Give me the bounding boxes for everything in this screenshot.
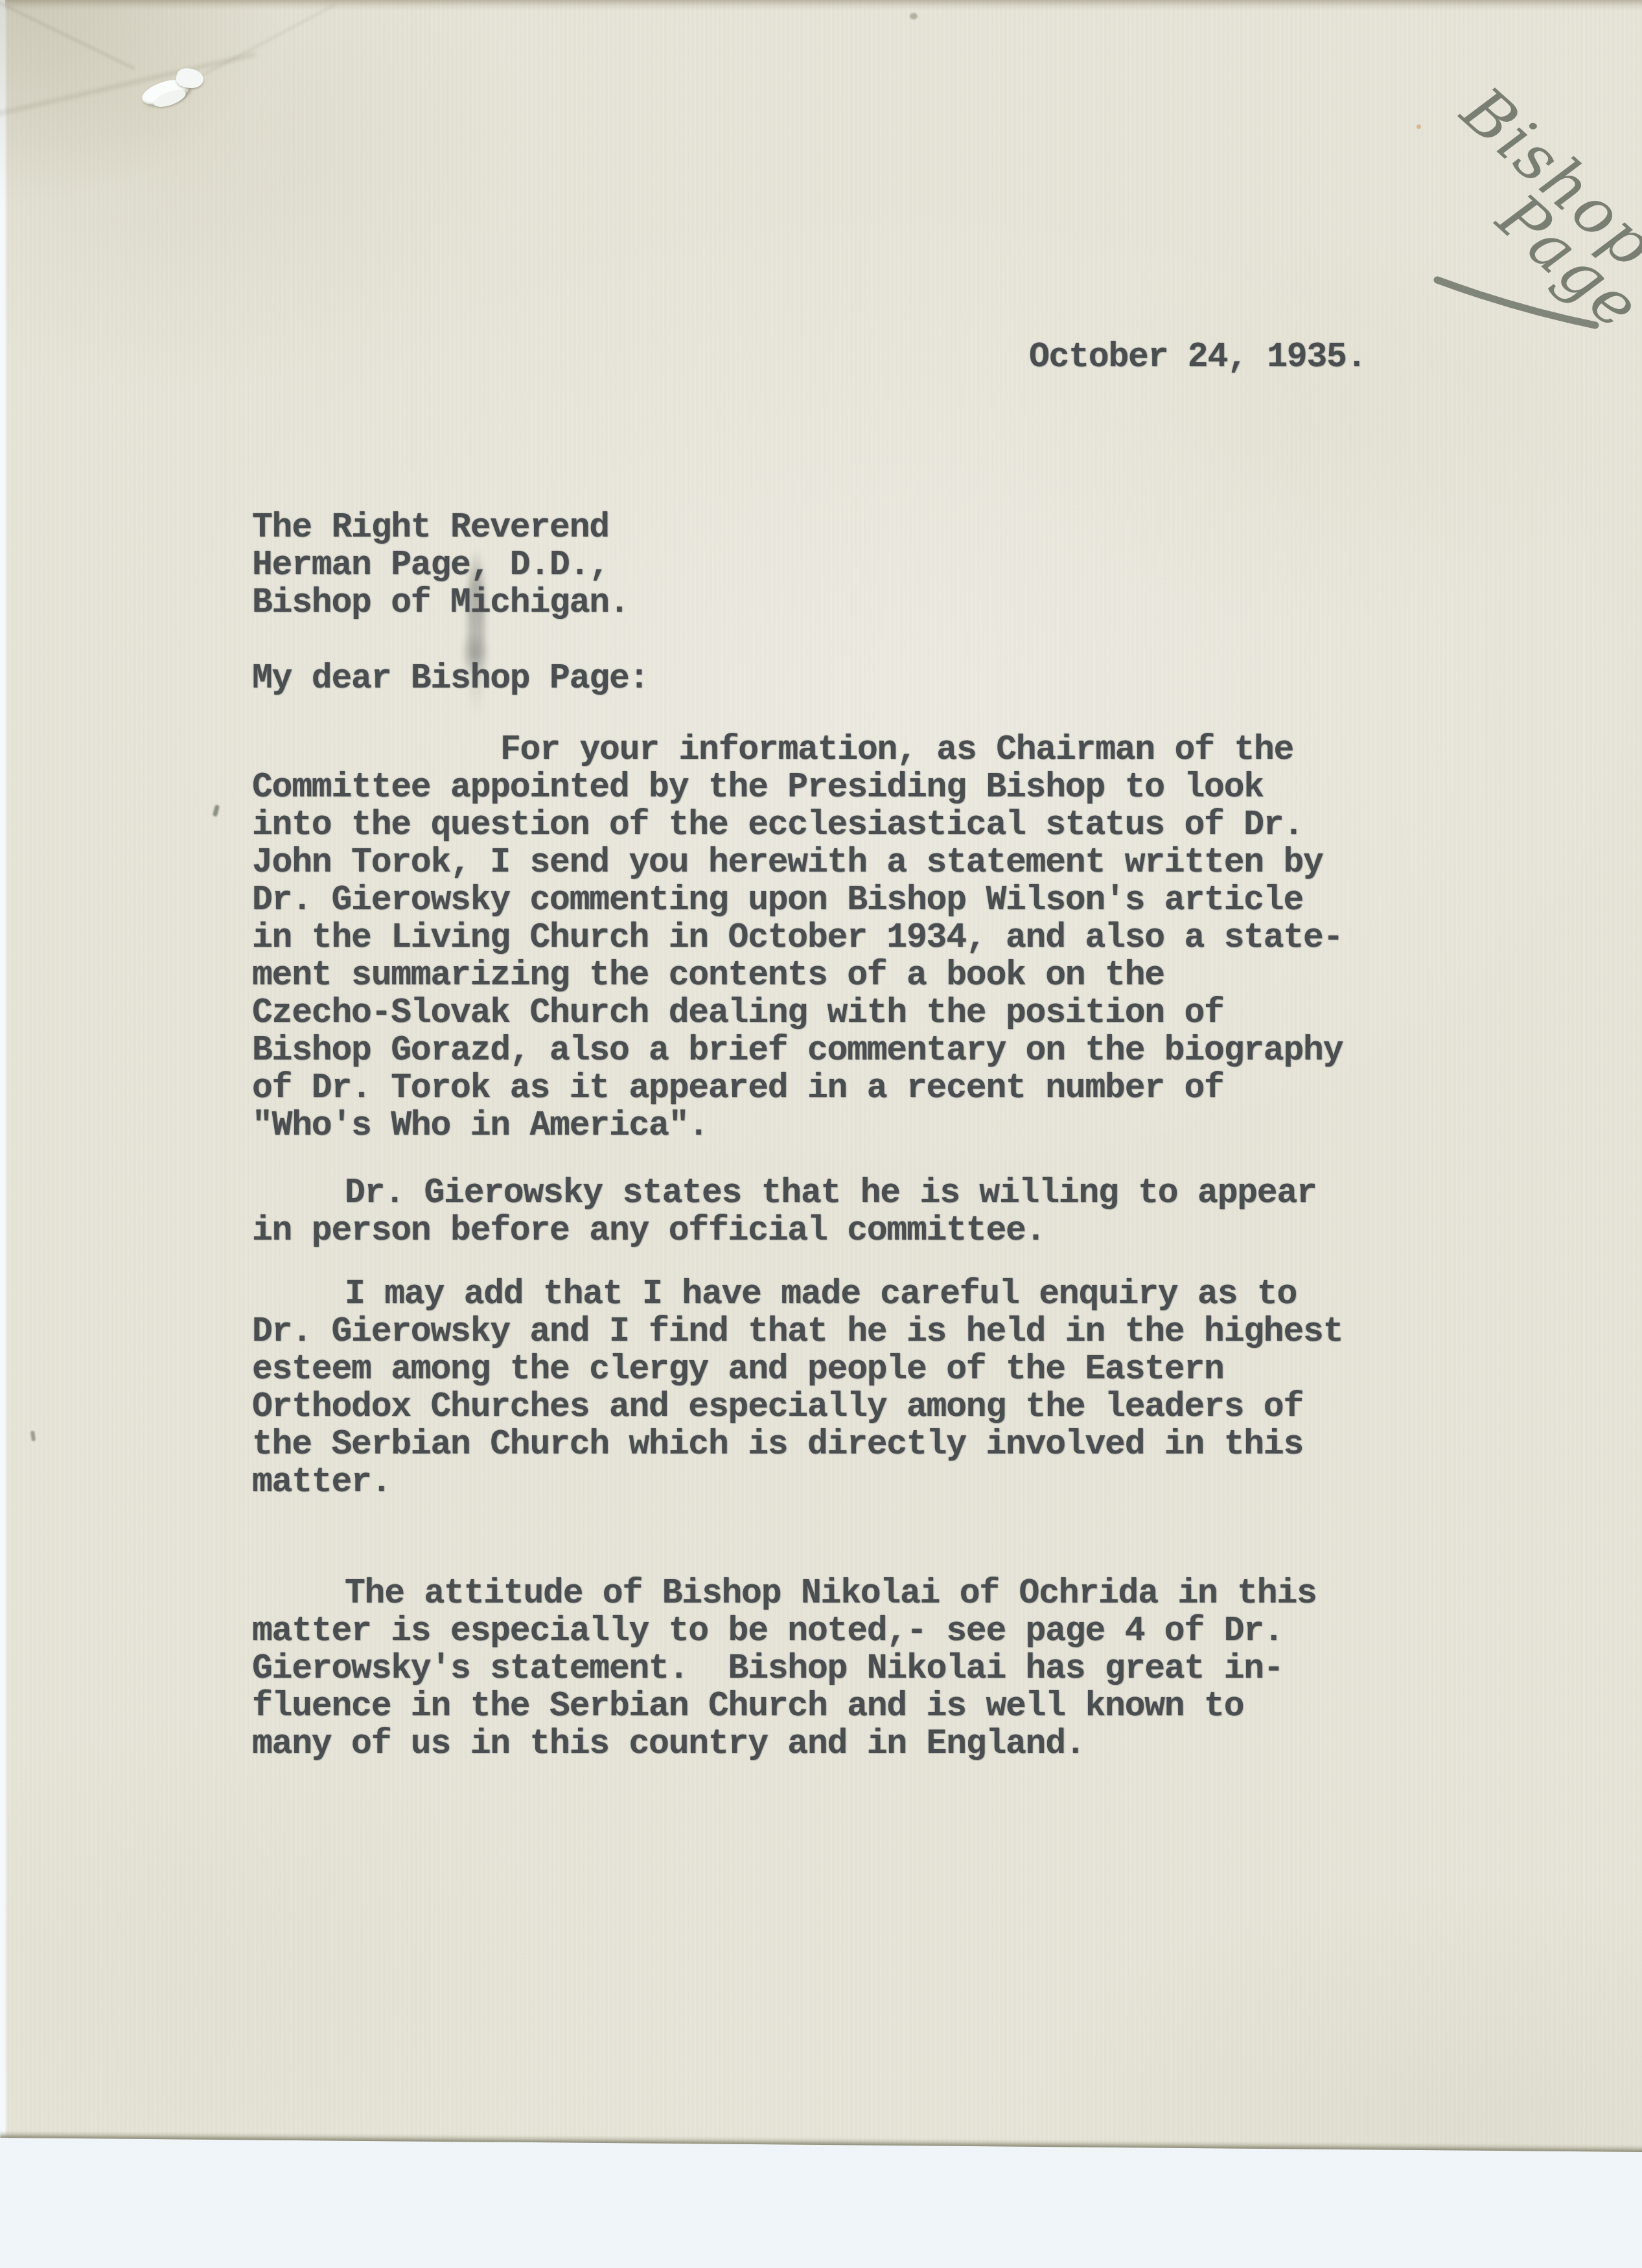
- recipient-address: The Right Reverend Herman Page, D.D., Bi…: [252, 509, 629, 621]
- body-paragraph: I may add that I have made careful enqui…: [252, 1275, 1343, 1501]
- paper-top-edge-shadow: [5, 0, 1642, 10]
- paper-bottom-edge: [0, 2131, 1642, 2155]
- letter-date: October 24, 1935.: [1029, 338, 1366, 376]
- stray-mark: [213, 804, 220, 816]
- paper-tear-mark: [152, 87, 188, 111]
- paper-crease-line: [0, 0, 135, 69]
- scan-left-edge-strip: [0, 0, 8, 2138]
- paper-tear-mark: [139, 76, 191, 108]
- paper-crease-line: [0, 53, 256, 119]
- stray-mark: [910, 13, 918, 19]
- body-paragraph: The attitude of Bishop Nikolai of Ochrid…: [252, 1575, 1317, 1763]
- paper-tear-mark: [174, 65, 205, 91]
- pencil-annotation: Bishop Page: [1309, 19, 1642, 382]
- salutation: My dear Bishop Page:: [252, 660, 649, 697]
- letter-paper: Bishop Page October 24, 1935. The Right …: [0, 0, 1642, 2164]
- scan-background: { "letter": { "date": "October 24, 1935.…: [0, 0, 1642, 2268]
- paper-crease-line: [203, 4, 335, 76]
- stray-mark: [30, 1431, 36, 1442]
- top-left-corner-shading: [0, 0, 285, 207]
- body-paragraph: For your information, as Chairman of the…: [252, 731, 1343, 1144]
- body-paragraph: Dr. Gierowsky states that he is willing …: [252, 1174, 1317, 1249]
